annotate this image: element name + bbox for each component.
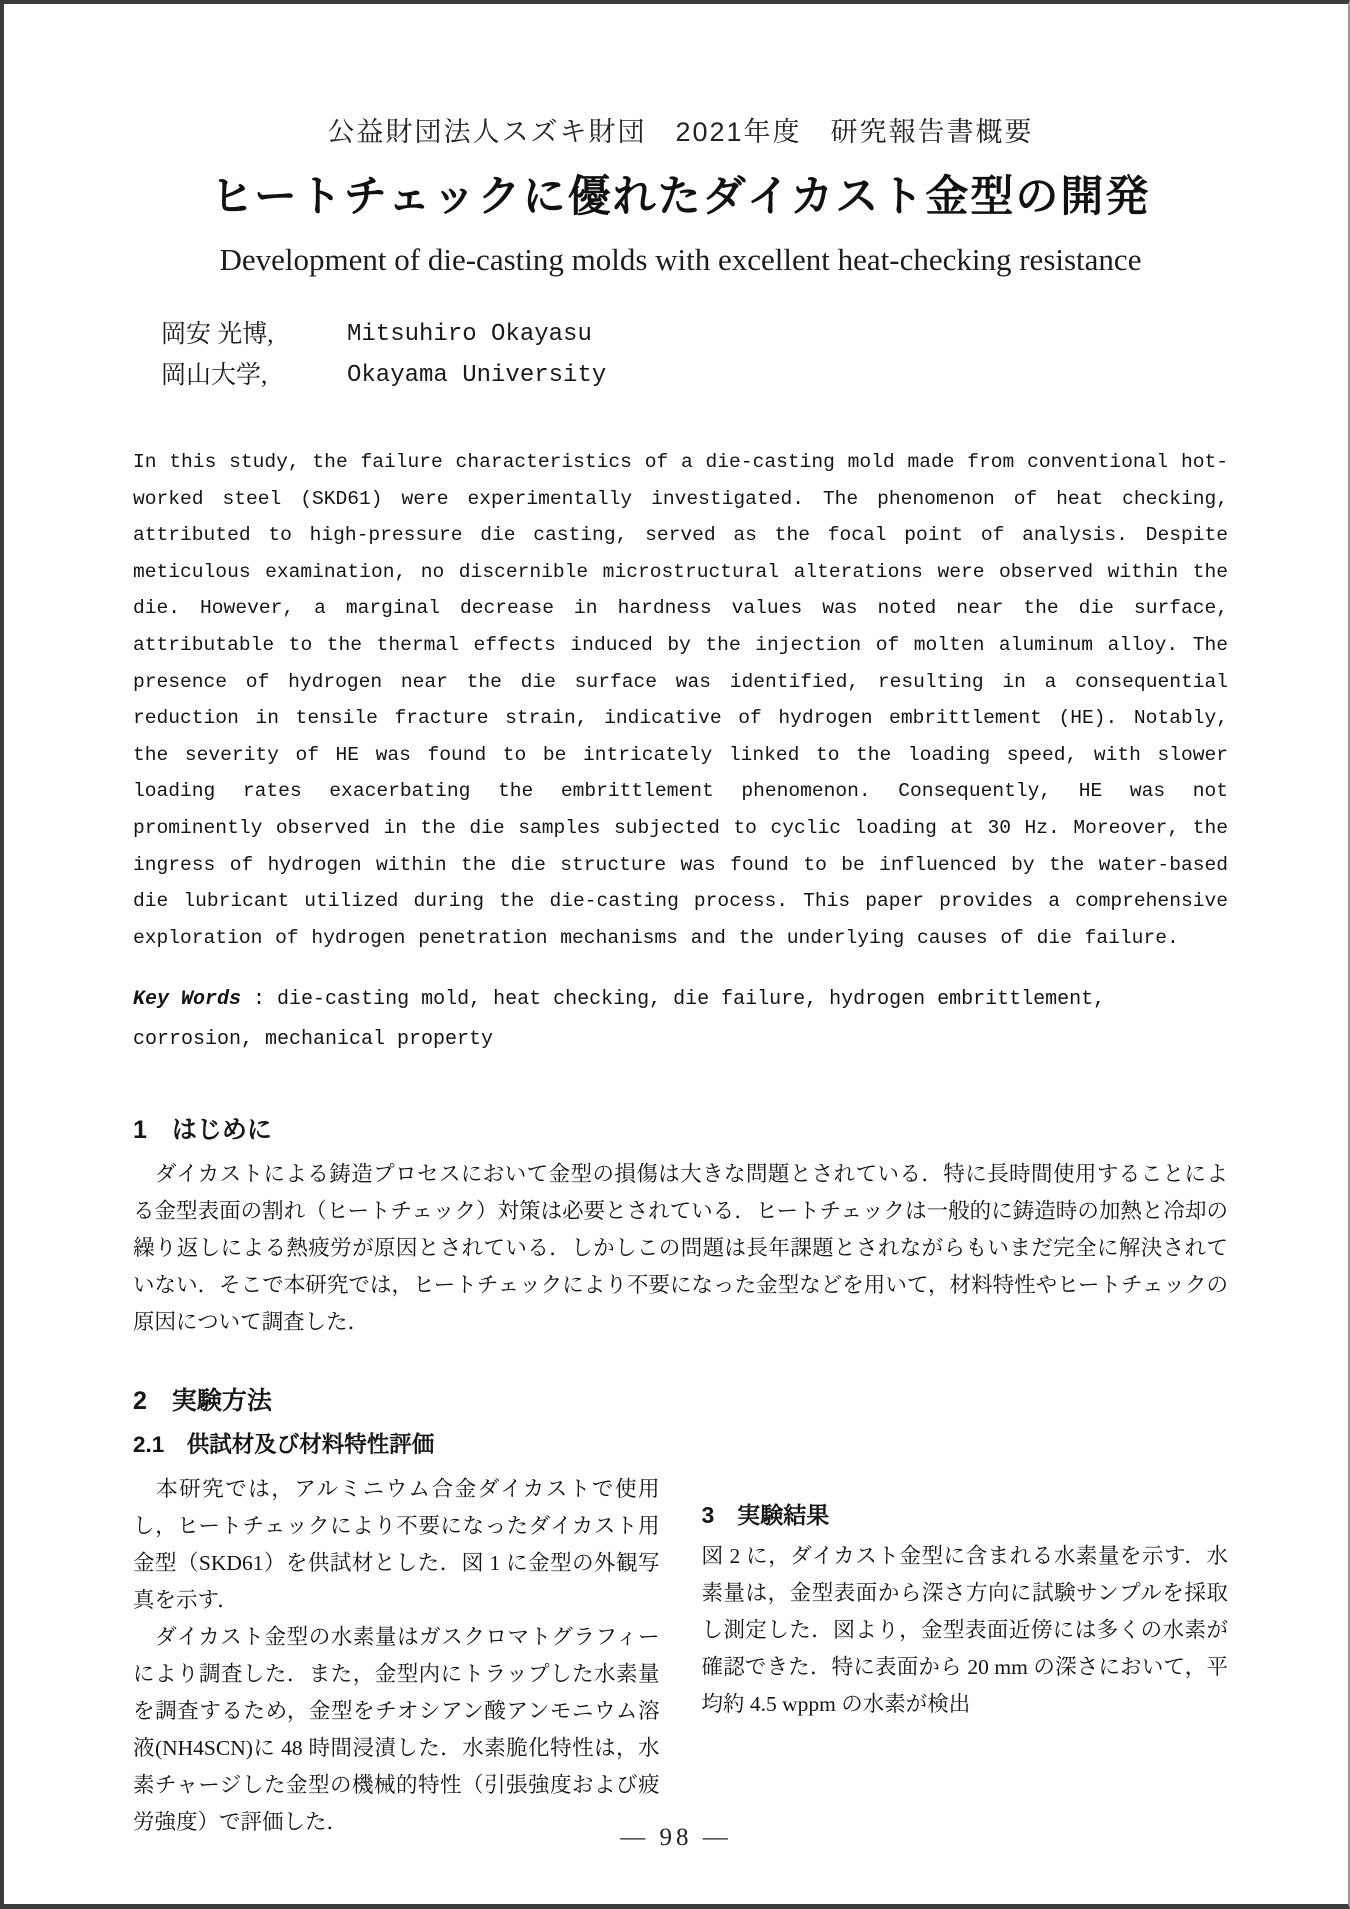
keywords-label: Key Words <box>133 988 241 1011</box>
author-name-english: Mitsuhiro Okayasu <box>347 314 592 355</box>
two-column-area: 本研究では，アルミニウム合金ダイカストで使用し，ヒートチェックにより不要になった… <box>133 1471 1228 1841</box>
section-2-heading: 2 実験方法 <box>133 1381 1228 1417</box>
affiliation-row: 岡山大学, Okayama University <box>161 355 1228 396</box>
section-1-body: ダイカストによる鋳造プロセスにおいて金型の損傷は大きな問題とされている．特に長時… <box>133 1156 1228 1341</box>
affiliation-english: Okayama University <box>347 355 606 396</box>
section-2-1-heading: 2.1 供試材及び材料特性評価 <box>133 1427 1228 1459</box>
author-name-japanese: 岡安 光博, <box>161 314 347 355</box>
left-column: 本研究では，アルミニウム合金ダイカストで使用し，ヒートチェックにより不要になった… <box>133 1471 660 1841</box>
author-block: 岡安 光博, Mitsuhiro Okayasu 岡山大学, Okayama U… <box>161 314 1228 396</box>
page-content: 公益財団法人スズキ財団 2021年度 研究報告書概要 ヒートチェックに優れたダイ… <box>4 110 1348 1841</box>
page-number: — 98 — <box>4 1824 1348 1852</box>
abstract-paragraph: In this study, the failure characteristi… <box>133 444 1228 956</box>
section-3-heading: 3 実験結果 <box>702 1497 1229 1530</box>
keywords-text: die-casting mold, heat checking, die fai… <box>133 988 1105 1051</box>
paper-title-english: Development of die-casting molds with ex… <box>133 242 1228 278</box>
section-2-1-paragraph-1: 本研究では，アルミニウム合金ダイカストで使用し，ヒートチェックにより不要になった… <box>133 1471 660 1619</box>
section-3-body: 図 2 に，ダイカスト金型に含まれる水素量を示す．水素量は，金型表面から深さ方向… <box>702 1538 1229 1723</box>
keywords-separator: : <box>241 988 277 1011</box>
author-row: 岡安 光博, Mitsuhiro Okayasu <box>161 314 1228 355</box>
report-page: 公益財団法人スズキ財団 2021年度 研究報告書概要 ヒートチェックに優れたダイ… <box>0 0 1350 1909</box>
paper-title-japanese: ヒートチェックに優れたダイカスト金型の開発 <box>133 163 1228 224</box>
right-column: 3 実験結果 図 2 に，ダイカスト金型に含まれる水素量を示す．水素量は，金型表… <box>702 1471 1229 1841</box>
section-2-1-paragraph-2: ダイカスト金型の水素量はガスクロマトグラフィーにより調査した．また，金型内にトラ… <box>133 1619 660 1841</box>
report-series-header: 公益財団法人スズキ財団 2021年度 研究報告書概要 <box>133 110 1228 149</box>
keywords-line: Key Words : die-casting mold, heat check… <box>133 980 1228 1060</box>
section-1-heading: 1 はじめに <box>133 1110 1228 1146</box>
affiliation-japanese: 岡山大学, <box>161 355 347 396</box>
